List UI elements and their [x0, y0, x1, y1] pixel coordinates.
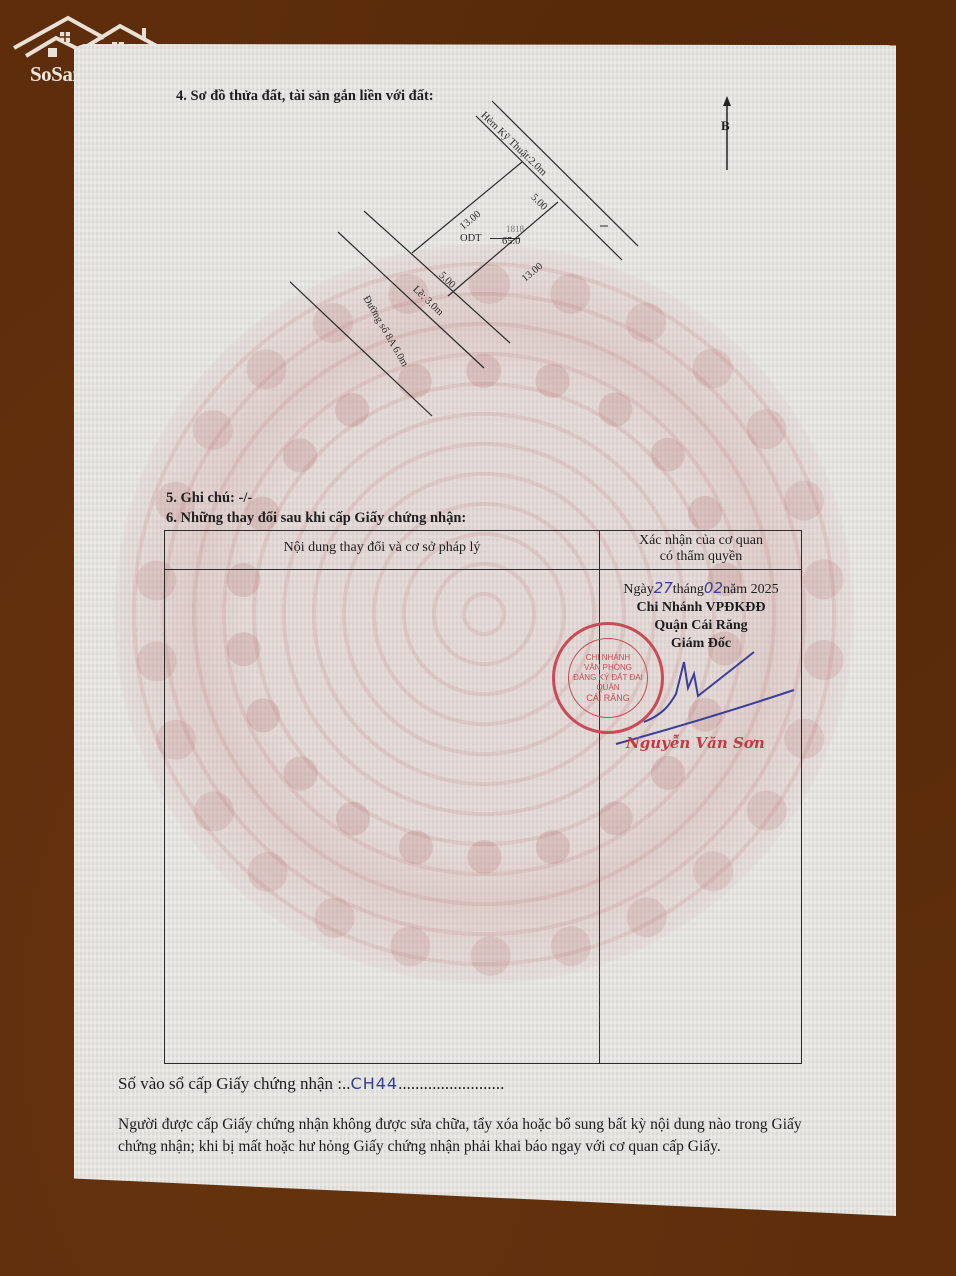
office-line-1: Chi Nhánh VPĐKĐĐ [637, 600, 766, 615]
office-line-2: Quận Cái Răng [654, 618, 747, 633]
land-type: ODT [460, 233, 482, 244]
changes-table: Nội dung thay đổi và cơ sở pháp lý Xác n… [164, 530, 802, 1064]
parcel-area: 65.0 [502, 236, 520, 247]
certificate-page: 4. Sơ đồ thửa đất, tài sản gắn liền với … [74, 44, 896, 1216]
section-5-note: 5. Ghi chú: -/- [166, 490, 252, 507]
north-label: B [721, 118, 730, 134]
parcel-map [290, 100, 670, 440]
date-day: 27 [654, 579, 673, 597]
date-month: 02 [704, 579, 723, 597]
confirmation-date: Ngày27tháng02năm 2025 [601, 579, 801, 599]
north-arrow-icon [714, 94, 744, 174]
parcel-number: 1818 [506, 224, 524, 234]
registry-line: Số vào sổ cấp Giấy chứng nhận :..CH44...… [118, 1074, 504, 1094]
section-6-title: 6. Những thay đổi sau khi cấp Giấy chứng… [166, 510, 466, 527]
legal-notice: Người được cấp Giấy chứng nhận không đượ… [118, 1114, 838, 1158]
col-header-changes: Nội dung thay đổi và cơ sở pháp lý [165, 540, 599, 556]
col-header-confirmation: Xác nhận của cơ quan có thẩm quyền [601, 533, 801, 565]
signer-name: Nguyễn Văn Sơn [626, 734, 765, 752]
registry-number: CH44 [351, 1074, 399, 1093]
